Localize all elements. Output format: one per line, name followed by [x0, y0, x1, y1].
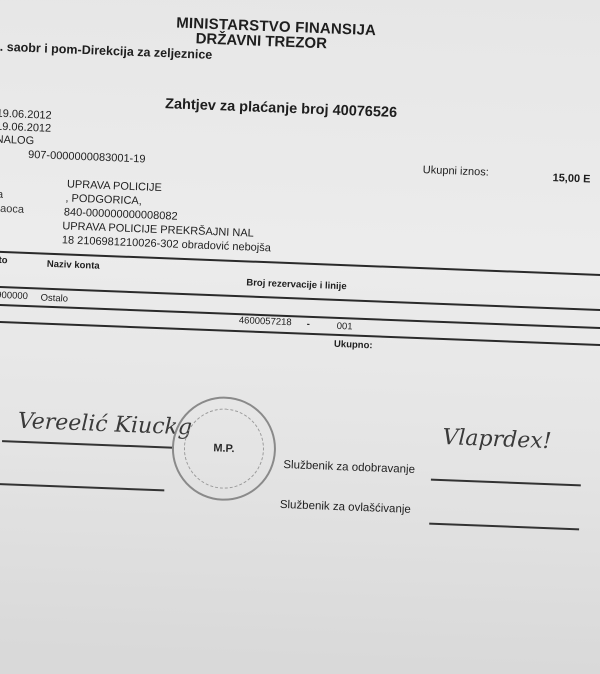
- stamp-mp-text: M.P.: [213, 442, 235, 455]
- authorizer-label: Službenik za ovlašćivanje: [280, 499, 411, 516]
- document-title: Zahtjev za plaćanje broj 40076526: [165, 96, 398, 121]
- table-total-label: Ukupno:: [334, 339, 373, 351]
- row-konto: 31900000: [0, 289, 28, 302]
- approver-label: Službenik za odobravanje: [283, 459, 415, 476]
- document-type: NALOG: [0, 134, 34, 147]
- row-naziv: Ostalo: [40, 293, 68, 305]
- total-amount-value: 15,00 E: [552, 172, 590, 185]
- left-signature-line-2: [0, 483, 164, 491]
- label-maoca: maoca: [0, 203, 24, 216]
- approver-signature-line: [431, 479, 581, 486]
- recipient-city: , PODGORICA,: [65, 192, 142, 207]
- left-signature: Vereelić Kiuckg: [17, 409, 192, 441]
- row-linija: 001: [337, 321, 353, 333]
- column-header-rezervacija: Broj rezervacije i linije: [246, 277, 347, 292]
- account-reference: 907-0000000083001-19: [28, 149, 146, 165]
- payment-request-document: MINISTARSTVO FINANSIJA DRŽAVNI TREZOR n.…: [0, 0, 600, 600]
- row-rezervacija: 4600057218: [239, 315, 292, 328]
- approver-signature: Vlaprdex!: [442, 425, 552, 454]
- treasury-heading: DRŽAVNI TREZOR: [195, 30, 327, 52]
- department-name: n. saobr i pom-Direkcija za zeljeznice: [0, 39, 213, 61]
- authorizer-signature-line: [429, 523, 579, 530]
- date-2: 19.06.2012: [0, 121, 51, 135]
- official-stamp: M.P.: [170, 395, 278, 503]
- recipient-name: UPRAVA POLICIJE: [67, 178, 162, 194]
- row-separator: -: [307, 319, 311, 330]
- column-header-konto: onto: [0, 254, 8, 266]
- label-ca: ca: [0, 189, 3, 201]
- total-amount-label: Ukupni iznos:: [423, 164, 489, 179]
- column-header-naziv: Naziv konta: [47, 259, 100, 272]
- left-signature-line-1: [2, 440, 174, 448]
- date-1: 19.06.2012: [0, 108, 52, 122]
